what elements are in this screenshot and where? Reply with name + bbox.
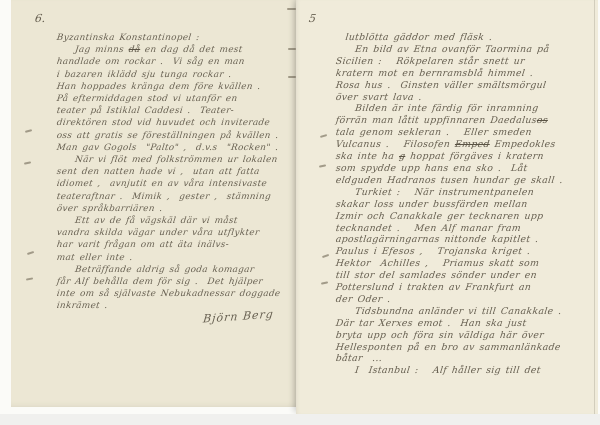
handwritten-line: Jag minns då en dag då det mest	[56, 44, 297, 56]
handwritten-line: till stor del samlades sönder under en	[335, 270, 594, 282]
handwritten-line: oss att gratis se föreställningen på kvä…	[56, 130, 297, 142]
handwritten-line: Hellesponten på en bro av sammanlänkade	[335, 342, 594, 354]
handwritten-line: Paulus i Efesos , Trojanska kriget .	[335, 246, 594, 258]
handwritten-line: Izmir och Canakkale ger tecknaren upp	[335, 211, 594, 223]
manuscript-page-5: 5 lutblötta gäddor med fläsk . En bild a…	[296, 0, 598, 414]
struck-word: os	[536, 115, 548, 126]
handwritten-line: Hektor Achilles , Priamus skatt som	[335, 258, 594, 270]
handwritten-line: På eftermiddagen stod vi utanför en	[56, 93, 297, 105]
handwritten-line: förrän man låtit uppfinnaren Daedalusos	[335, 115, 594, 127]
handwritten-line: När vi flöt med folkströmmen ur lokalen	[56, 154, 297, 166]
handwritten-line: båtar ...	[335, 353, 594, 365]
handwritten-line: direktören stod vid huvudet och invitera…	[56, 117, 297, 129]
handwritten-line: lutblötta gäddor med fläsk .	[335, 32, 594, 44]
handwritten-line: teater på Istiklal Caddesi . Teater-	[56, 105, 297, 117]
handwritten-line: inte om så självaste Nebukadnessar dogga…	[56, 288, 297, 300]
pen-mark	[319, 164, 326, 167]
handwritten-line: som spydde upp hans ena sko . Låt	[335, 163, 594, 175]
handwritten-line: skakar loss under bussfärden mellan	[335, 199, 594, 211]
handwritten-line: Där tar Xerxes emot . Han ska just	[335, 318, 594, 330]
handwritten-line: vandra skilda vägar under våra utflykter	[56, 227, 297, 239]
manuscript-photo: 6. Byzantinska Konstantinopel : Jag minn…	[0, 0, 600, 425]
left-page-text: Byzantinska Konstantinopel : Jag minns d…	[56, 32, 296, 313]
handwritten-line: ska inte ha g hoppat förgäves i kratern	[335, 151, 594, 163]
pen-mark	[24, 161, 31, 164]
handwritten-line: bryta upp och föra sin väldiga här över	[335, 330, 594, 342]
handwritten-line: En bild av Etna ovanför Taormina på	[335, 44, 594, 56]
handwritten-line: handlade om rockar . Vi såg en man	[56, 56, 297, 68]
pen-mark	[25, 129, 32, 132]
pen-mark	[320, 134, 327, 137]
pen-mark	[322, 254, 329, 258]
paper-edge	[594, 0, 595, 414]
handwritten-line: Beträffande aldrig så goda komagar	[56, 264, 297, 276]
handwritten-line: tala genom sekleran . Eller smeden	[335, 127, 594, 139]
handwritten-line: Han hoppades kränga dem före kvällen .	[56, 81, 297, 93]
handwritten-line: Vulcanus . Filosofen Emped Empedokles	[335, 139, 594, 151]
handwritten-line: idiomet , avnjutit en av våra intensivas…	[56, 178, 297, 190]
pen-mark	[288, 76, 296, 78]
pen-mark	[288, 48, 296, 50]
handwritten-line: Turkiet : När instrumentpanelen	[335, 187, 594, 199]
handwritten-line: eldguden Hadranos tusen hundar ge skall …	[335, 175, 594, 187]
handwritten-line: Potterslund i trakten av Frankfurt an	[335, 282, 594, 294]
handwritten-line: får Alf behålla dem för sig . Det hjälpe…	[56, 276, 297, 288]
handwritten-line: över språkbarriären .	[56, 203, 297, 215]
handwritten-line: Man gav Gogols "Palto" , d.v.s "Rocken" …	[56, 142, 297, 154]
handwritten-line: mat eller inte .	[56, 252, 297, 264]
manuscript-page-6: 6. Byzantinska Konstantinopel : Jag minn…	[11, 0, 298, 407]
handwritten-line: i bazaren iklädd sju tunga rockar .	[56, 69, 297, 81]
handwritten-line: kratern mot en bernramsblå himmel .	[335, 68, 594, 80]
handwritten-line: der Oder .	[335, 294, 594, 306]
handwritten-line: Sicilien : Rökpelaren står snett ur	[335, 56, 594, 68]
photo-background-strip	[0, 414, 600, 425]
handwritten-line: Rosa hus . Ginsten väller smältsmörgul	[335, 80, 594, 92]
handwritten-line: sent den natten hade vi , utan att fatta	[56, 166, 297, 178]
pen-mark	[321, 281, 328, 284]
handwritten-line: har varit frågan om att äta inälvs-	[56, 239, 297, 251]
handwritten-line: apostlagärningarnas nittonde kapitlet .	[335, 234, 594, 246]
handwritten-line: tecknandet . Men Alf manar fram	[335, 223, 594, 235]
handwritten-line: teateraftnar . Mimik , gester , stämning	[56, 191, 297, 203]
handwritten-line: Ett av de få vägskäl där vi måst	[56, 215, 297, 227]
handwritten-line: Byzantinska Konstantinopel :	[56, 32, 297, 44]
pen-mark	[26, 277, 33, 280]
pen-mark	[287, 8, 296, 10]
handwritten-line: Bilden är inte färdig för inramning	[335, 103, 594, 115]
right-page-text: lutblötta gäddor med fläsk . En bild av …	[335, 32, 593, 377]
pen-mark	[27, 251, 34, 255]
handwritten-line: över svart lava .	[335, 92, 594, 104]
struck-word: Emped	[454, 139, 490, 150]
page-number: 6.	[34, 12, 46, 25]
handwritten-line: Tidsbundna anländer vi till Canakkale .	[335, 306, 594, 318]
handwritten-line: I Istanbul : Alf håller sig till det	[335, 365, 594, 377]
page-number: 5	[308, 12, 317, 25]
